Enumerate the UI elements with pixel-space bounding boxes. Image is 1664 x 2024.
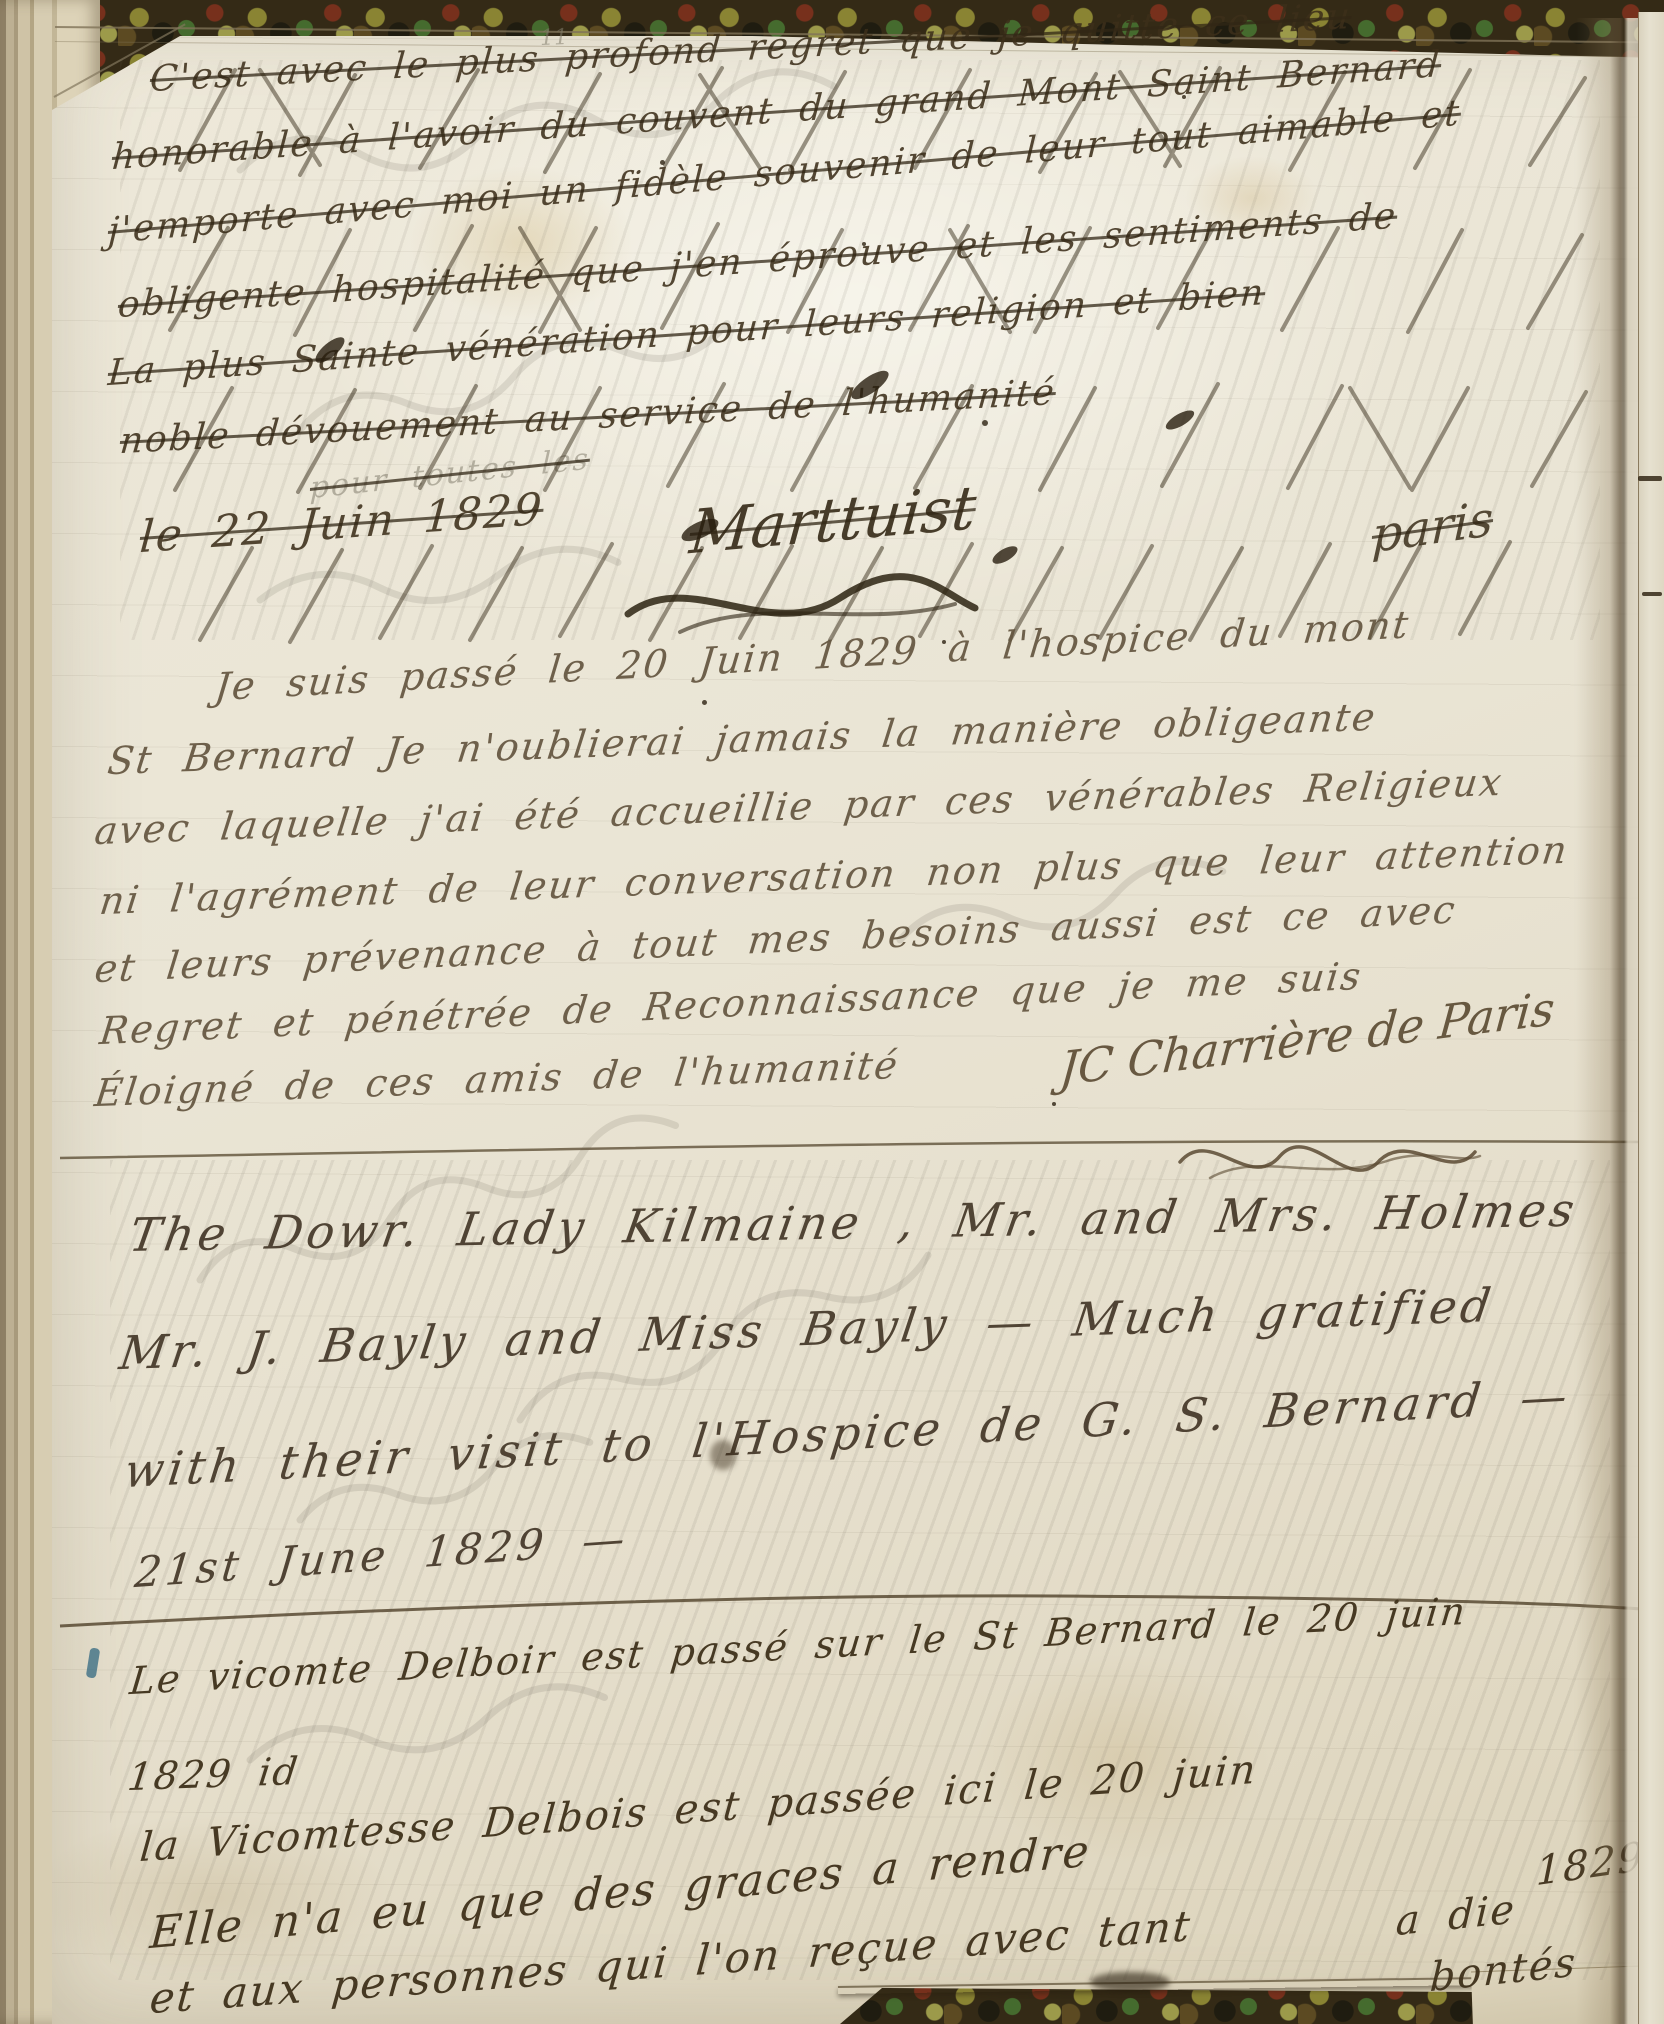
ink-dash-gutter: [1642, 592, 1662, 596]
adjacent-page-edge: [1638, 12, 1664, 2024]
ink-speck: [942, 640, 946, 644]
ink-speck: [660, 160, 665, 165]
gutter-shadow: [1576, 18, 1638, 2024]
page-mark: 11: [540, 27, 569, 50]
ink-speck: [862, 242, 866, 246]
manuscript-line: 1829 id: [126, 1752, 302, 1796]
ink-smudge-bottom: [1090, 1972, 1170, 1992]
manuscript-line: a die: [1395, 1889, 1517, 1942]
scanned-manuscript-page: { "document": { "kind": "Handwritten vis…: [0, 0, 1664, 2024]
ink-speck: [702, 700, 707, 705]
ink-speck: [982, 420, 988, 426]
ink-smudge-english-line: [710, 1440, 736, 1470]
ink-dash-gutter: [1638, 476, 1662, 481]
ink-speck: [1182, 95, 1186, 99]
ink-speck: [1052, 1102, 1056, 1106]
hand-drawn-rule-1: [55, 1128, 1659, 1168]
